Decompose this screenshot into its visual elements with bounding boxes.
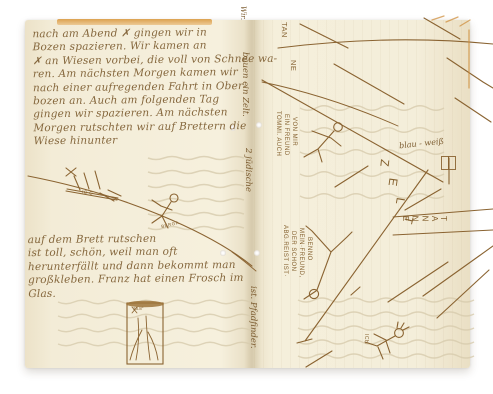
- fir-twig: [447, 58, 493, 88]
- glass-sprig: [130, 316, 158, 360]
- benno-caption: MEIN·FREUND,: [298, 228, 304, 278]
- deckle-marks: [432, 16, 470, 88]
- zelt-caption: ZELT: [381, 156, 421, 236]
- fir-twig: [437, 270, 489, 318]
- fold-note: 2 jüdische: [243, 148, 253, 192]
- fold-note: bauen ein Zelt.: [240, 52, 250, 117]
- fold-note: Wir.: [239, 6, 247, 20]
- tommi-figure: [304, 131, 341, 162]
- tanne-caption: TANNE: [403, 214, 446, 223]
- handwriting-line: Wiese hinunter: [33, 133, 278, 149]
- tommi-caption: VON MIR: [291, 117, 297, 146]
- fir-twig: [423, 246, 493, 296]
- fir-twig: [388, 262, 448, 302]
- fir-twig: [455, 98, 491, 122]
- scanned-notebook-spread: nach am Abend ✗ gingen wir in Bozen spaz…: [0, 0, 493, 394]
- fir-twig: [334, 64, 404, 104]
- tanne-caption-top: NE: [289, 60, 298, 71]
- handwriting-line: Glas.: [28, 285, 244, 301]
- flag: [442, 157, 449, 170]
- tommi-caption: TOMMI. AUCH: [275, 111, 281, 156]
- benno-caption: ABG.REIST IST·: [282, 225, 288, 277]
- benno-caption: DER SCHON: [290, 231, 296, 272]
- handwriting-paragraph-bottom: auf dem Brett rutschen ist toll, schön, …: [28, 232, 244, 301]
- ich-caption: ICH: [363, 334, 369, 344]
- fir-twig: [306, 351, 332, 367]
- tanne-caption-top: TAN: [280, 22, 289, 38]
- handwriting-line: großkleben. Franz hat einen Frosch im: [28, 272, 244, 288]
- tommi-head: [334, 123, 343, 132]
- fir-twig: [424, 18, 460, 39]
- glass-rim: [126, 301, 164, 307]
- fir-stem: [278, 40, 493, 48]
- benno-caption: BENNO: [306, 237, 312, 261]
- tommi-caption: EIN FREUND: [283, 114, 289, 156]
- scribble-mark: [66, 168, 76, 176]
- glass-temperature-note: 18.8°: [133, 306, 144, 311]
- fold-note: ist. Pfadfinder.: [248, 286, 258, 349]
- arrow-mark: [351, 287, 360, 295]
